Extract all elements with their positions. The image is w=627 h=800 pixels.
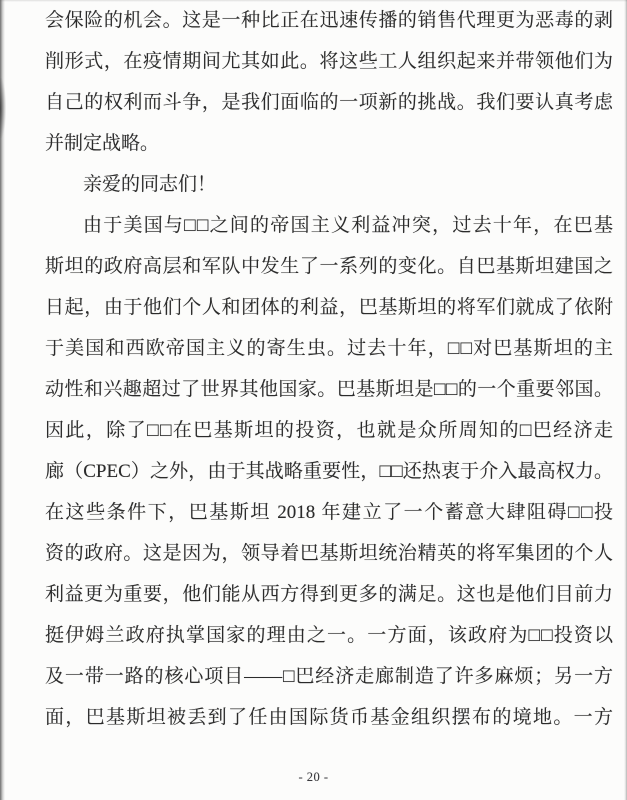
scan-edge-left (0, 0, 5, 800)
text-line: 动性和兴趣超过了世界其他国家。巴基斯坦是□□的一个重要邻国。 (45, 369, 613, 410)
text-line: 在这些条件下，巴基斯坦 2018 年建立了一个蓄意大肆阻碍□□投 (45, 492, 613, 533)
text-line: 会保险的机会。这是一种比正在迅速传播的销售代理更为恶毒的剥 (45, 0, 613, 41)
text-line: 削形式，在疫情期间尤其如此。将这些工人组织起来并带领他们为 (45, 41, 613, 82)
text-line: 由于美国与□□之间的帝国主义利益冲突，过去十年，在巴基 (45, 205, 613, 246)
text-line: 自己的权利而斗争，是我们面临的一项新的挑战。我们要认真考虑 (45, 82, 613, 123)
text-line: 及一带一路的核心项目——□巴经济走廊制造了许多麻烦；另一方 (45, 656, 613, 697)
text-line: 日起，由于他们个人和团体的利益，巴基斯坦的将军们就成了依附 (45, 287, 613, 328)
document-page: 会保险的机会。这是一种比正在迅速传播的销售代理更为恶毒的剥 削形式，在疫情期间尤… (0, 0, 627, 800)
text-line: 于美国和西欧帝国主义的寄生虫。过去十年，□□对巴基斯坦的主 (45, 328, 613, 369)
text-line: 亲爱的同志们！ (45, 164, 613, 205)
body-text: 会保险的机会。这是一种比正在迅速传播的销售代理更为恶毒的剥 削形式，在疫情期间尤… (45, 0, 613, 738)
text-line: 并制定战略。 (45, 123, 613, 164)
text-line: 因此，除了□□在巴基斯坦的投资，也就是众所周知的□巴经济走 (45, 410, 613, 451)
scan-edge-smudge (0, 78, 6, 138)
text-line: 廊（CPEC）之外，由于其战略重要性，□□还热衷于介入最高权力。 (45, 451, 613, 492)
text-line: 利益更为重要，他们能从西方得到更多的满足。这也是他们目前力 (45, 574, 613, 615)
text-line: 斯坦的政府高层和军队中发生了一系列的变化。自巴基斯坦建国之 (45, 246, 613, 287)
text-line: 挺伊姆兰政府执掌国家的理由之一。一方面，该政府为□□投资以 (45, 615, 613, 656)
page-number: - 20 - (0, 770, 627, 785)
text-line: 资的政府。这是因为，领导着巴基斯坦统治精英的将军集团的个人 (45, 533, 613, 574)
text-line: 面，巴基斯坦被丢到了任由国际货币基金组织摆布的境地。一方面， (45, 697, 613, 738)
